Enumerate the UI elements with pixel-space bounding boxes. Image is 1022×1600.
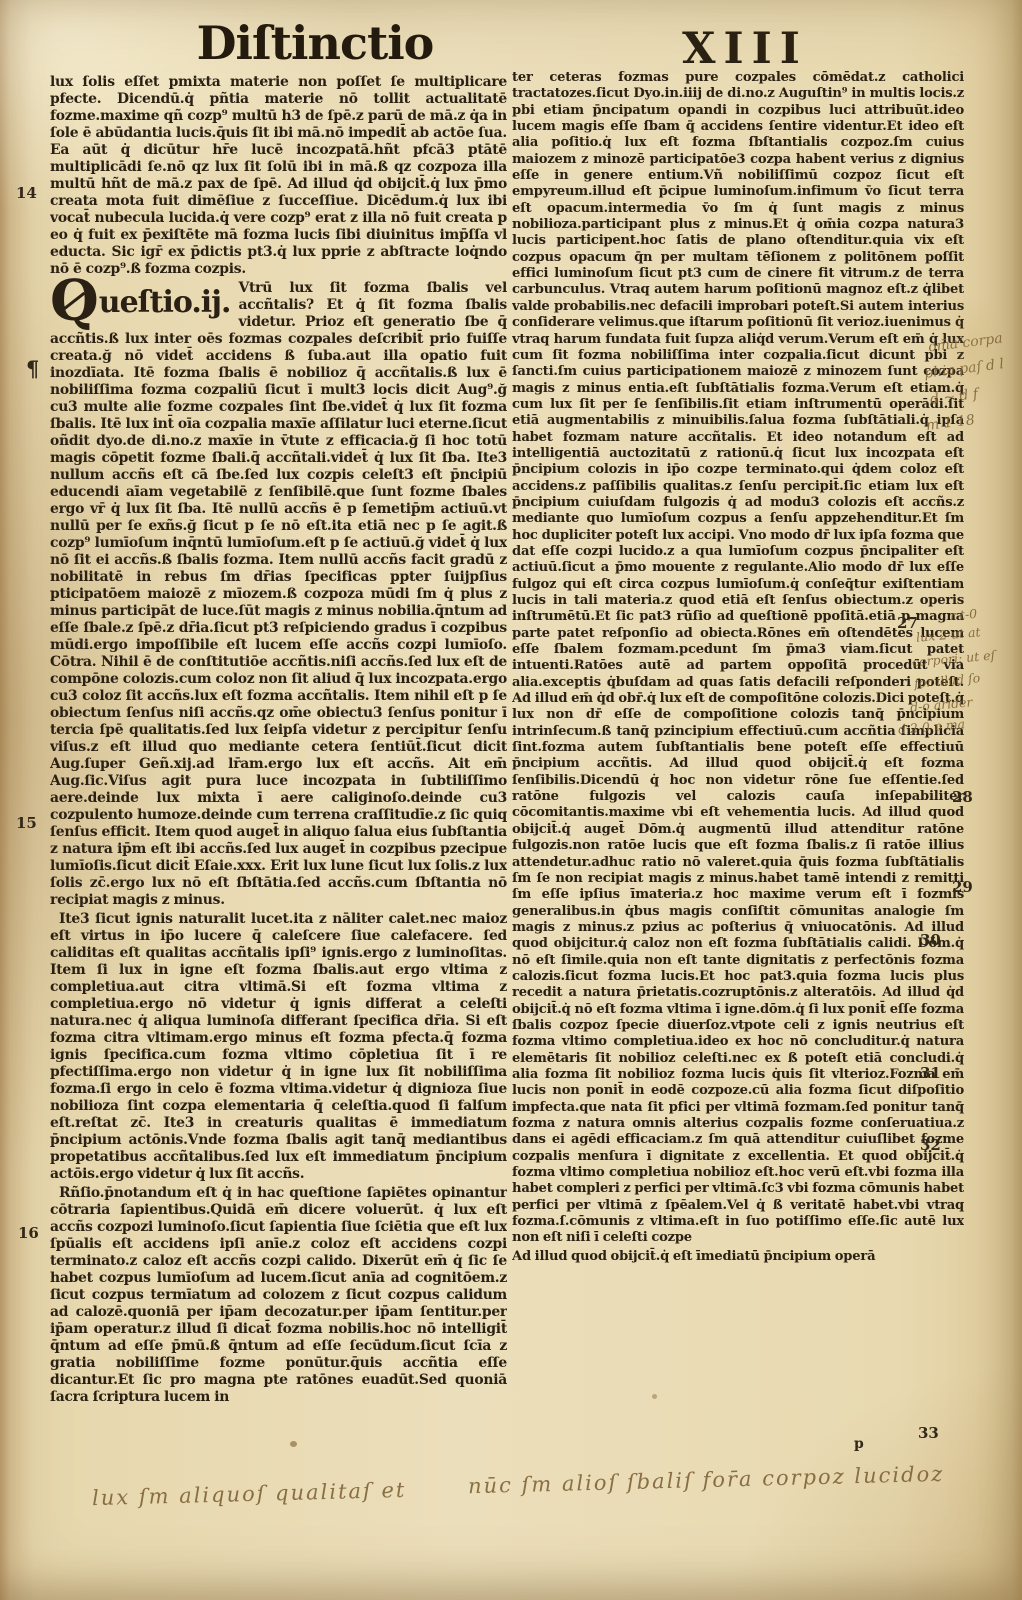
margin-number-29: 29 — [952, 878, 973, 896]
left-text-column: lux ſolis eſſet pmixta materie non poſſe… — [50, 74, 507, 1410]
handwritten-note: lux 2 ut at — [915, 621, 981, 649]
paragraph-item-ignis: Ite3 ſicut ignis naturalit lucet.ita z n… — [50, 911, 507, 1183]
folio-number: XIII — [655, 24, 835, 74]
paper-stain — [936, 292, 1006, 412]
paragraph-right-main: ter ceteras fozmas pure cozpales cōmēdat… — [512, 70, 964, 1247]
margin-number-32: 32 — [920, 1136, 941, 1154]
paragraph-responsio: Rñſio.p̄notandum eſt q̇ in hac queſtione… — [50, 1185, 507, 1406]
margin-number-16: 16 — [18, 1224, 39, 1242]
questio-heading-label: ueſtio.ij. — [99, 285, 231, 320]
margin-number-31: 31 — [920, 1064, 941, 1082]
paragraph-intro-continuation: lux ſolis eſſet pmixta materie non poſſe… — [50, 74, 507, 278]
page-title-distinctio: Diſtinctio — [150, 16, 480, 70]
margin-number-33: 33 — [918, 1424, 939, 1442]
ink-stain — [652, 1394, 657, 1399]
paragraph-questio: Queſtio.ij.Vtrū lux ſit fozma ſbalis vel… — [50, 280, 507, 909]
margin-paragraph-mark: ¶ — [26, 356, 39, 381]
scanned-incunable-page: Diſtinctio XIII lux ſolis eſſet pmixta m… — [0, 0, 1022, 1600]
margin-number-14: 14 — [16, 184, 37, 202]
handwritten-bottom-note-right: nūc ſm alioſ ſbaliſ for̄a corpoz lucidoz — [468, 1462, 945, 1498]
margin-number-30: 30 — [920, 931, 941, 949]
margin-number-28: 28 — [952, 788, 973, 806]
paragraph-right-lastline: Ad illud quod obijcit̄.q̇ eſt īmediatū p… — [512, 1249, 964, 1265]
handwritten-bottom-note-left: lux ſm aliquoſ qualitaſ et — [92, 1478, 407, 1510]
right-text-column: ter ceteras fozmas pure cozpales cōmēdat… — [512, 70, 964, 1450]
questio-body-text: Vtrū lux ſit fozma ſbalis vel accñtalis?… — [50, 280, 507, 908]
questio-heading: Queſtio.ij. — [50, 280, 238, 320]
margin-number-15: 15 — [16, 814, 37, 832]
ink-stain — [290, 1441, 297, 1447]
quire-signature-mark: p — [854, 1436, 864, 1452]
